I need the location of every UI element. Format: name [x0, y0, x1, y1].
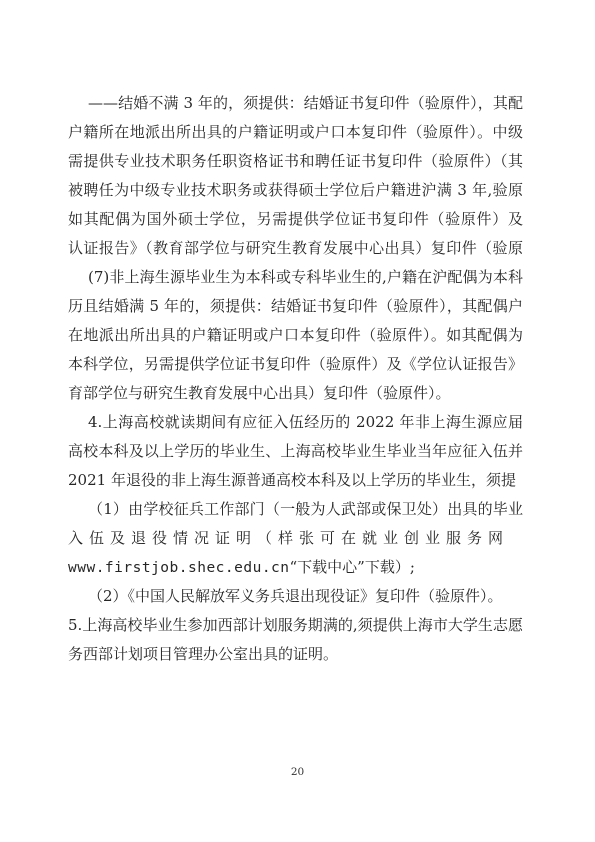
text-line: 需提供专业技术职务任职资格证书和聘任证书复印件（验原件）（其配偶 [68, 147, 523, 176]
text-line: （2）《中国人民解放军义务兵退出现役证》复印件（验原件）。 [68, 582, 523, 611]
text-line: 5.上海高校毕业生参加西部计划服务期满的,须提供上海市大学生志愿服 [68, 611, 523, 640]
text-line: 务西部计划项目管理办公室出具的证明。 [68, 640, 523, 669]
text-line: 被聘任为中级专业技术职务或获得硕士学位后户籍进沪满 3 年,验原件）。 [68, 176, 523, 205]
text-line: 如其配偶为国外硕士学位，另需提供学位证书复印件（验原件）及《学位 [68, 205, 523, 234]
text-line: www.firstjob.shec.edu.cn“下载中心”下载）; [68, 553, 523, 582]
text-line: ——结婚不满 3 年的，须提供：结婚证书复印件（验原件），其配偶 [68, 89, 523, 118]
text-line: 4.上海高校就读期间有应征入伍经历的 2022 年非上海生源应届普通 [68, 408, 523, 437]
text-line: 户籍所在地派出所出具的户籍证明或户口本复印件（验原件）。中级职称 [68, 118, 523, 147]
text-line: (7)非上海生源毕业生为本科或专科毕业生的,户籍在沪配偶为本科学 [68, 263, 523, 292]
text-line: 高校本科及以上学历的毕业生、上海高校毕业生毕业当年应征入伍并在 [68, 437, 523, 466]
url-text: www.firstjob.shec.edu.cn [68, 560, 290, 576]
document-page: ——结婚不满 3 年的，须提供：结婚证书复印件（验原件），其配偶 户籍所在地派出… [0, 0, 595, 842]
text-line: 认证报告》（教育部学位与研究生教育发展中心出具）复印件（验原件）; [68, 234, 523, 263]
text-line: （1）由学校征兵工作部门（一般为人武部或保卫处）出具的毕业生 [68, 495, 523, 524]
text-line: 2021 年退役的非上海生源普通高校本科及以上学历的毕业生，须提供： [68, 466, 523, 495]
text-line: “下载中心”下载）; [290, 558, 415, 576]
document-body: ——结婚不满 3 年的，须提供：结婚证书复印件（验原件），其配偶 户籍所在地派出… [68, 89, 523, 669]
text-line: 本科学位，另需提供学位证书复印件（验原件）及《学位认证报告》（教 [68, 350, 523, 379]
text-line: 历且结婚满 5 年的，须提供：结婚证书复印件（验原件），其配偶户籍所 [68, 292, 523, 321]
page-number: 20 [0, 766, 595, 778]
text-line: 育部学位与研究生教育发展中心出具）复印件（验原件）。 [68, 379, 523, 408]
text-line: 入伍及退役情况证明（样张可在就业创业服务网 [68, 524, 523, 553]
text-line: 在地派出所出具的户籍证明或户口本复印件（验原件）。如其配偶为国外 [68, 321, 523, 350]
